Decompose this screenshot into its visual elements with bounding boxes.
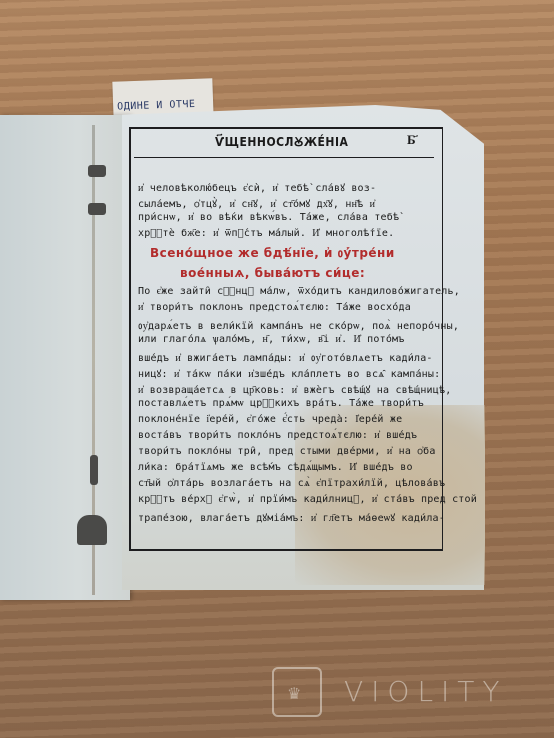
- binding-stitch: [77, 515, 107, 545]
- binding-stitch: [90, 455, 98, 485]
- text-line: или глаго́лѧ ѱало́мъ, н҃, ти́хѡ, в҃і и҆.…: [138, 334, 438, 345]
- text-line: ᲂу҆дарѧ́етъ в вели́кїй кампа́нъ не ско́р…: [138, 318, 438, 332]
- text-line: и҆ человѣколю́бецъ є҆сѝ, и҆ тебѣ̀ сла́вꙋ…: [138, 180, 438, 194]
- text-line: поклоне́нїе і҆ере́й, є҆го́же є҆́сть чред…: [138, 414, 438, 425]
- text-line: трапе́зою, влага́етъ дꙋмі́амъ: и҆ гл҃етъ…: [138, 510, 438, 524]
- rubric-heading: Всено́щное же бдѣ́нїе, и҆ ᲂу҆́тре́ни: [150, 244, 395, 261]
- text-line: По є҆же зайти̑ сⷧ҇нцꙋ ма́лѡ, ѿхо́дитъ ка…: [138, 286, 438, 297]
- left-page-flyleaf: [0, 115, 130, 600]
- text-line: при́снѡ, и҆ во вѣ́ки вѣкѡ́въ. Та́же, сла…: [138, 212, 438, 223]
- rubric-heading: вое́нныѧ, быва́ютъ си́це:: [180, 266, 365, 280]
- label-handwriting: ОДИНЕ И ОТЧЕ: [117, 99, 196, 113]
- text-line: ницꙋ: и҆ та́кѡ па́ки и҆зше́дъ кла́плетъ …: [138, 366, 438, 380]
- text-line: ст҃ый ѻ҆лта́рь возлага́етъ на сѧ̀ є҆пїтр…: [138, 478, 438, 489]
- binding-stitch: [88, 203, 106, 215]
- text-line: воста́въ твори́тъ покло́нъ предстоѧ́тєлю…: [138, 430, 438, 441]
- running-head: Ѵ҃ЩЕННОСЛꙊЖЕ́НІА: [215, 133, 348, 150]
- watermark-logo-box: ♛: [272, 667, 322, 717]
- folio-number: Б҃: [407, 132, 416, 148]
- text-line: хрⷭ҇тѐ бж҃е: и҆ ѿпꙋ́стъ ма́лый. И҆ много…: [138, 228, 438, 239]
- text-line: сыла́емъ, ѻ҆тцꙋ̀, и҆ сн҃ꙋ, и҆ ст҃о́мꙋ дх…: [138, 196, 438, 210]
- text-line: твори́тъ покло́ны три̑, пред стыми две́р…: [138, 446, 438, 457]
- text-line: и҆ твори́тъ поклонъ предстоѧ́тєлю: Та́же…: [138, 302, 438, 313]
- text-line: и҆ возвраща́етсѧ в цр҃ковь: и҆ вжѐгъ свѣ…: [138, 382, 438, 396]
- watermark-brand: VIOLITY: [344, 675, 508, 708]
- binding-stitch: [88, 165, 106, 177]
- crown-icon: ♛: [287, 684, 301, 703]
- text-line: крⷭ҇тъ ве́рхꙋ є҆гѡ̀, и҆ прїи́мъ кади́лни…: [138, 494, 438, 505]
- header-rule: [134, 157, 434, 158]
- text-line: ли́ка: бра́тїѧмъ же всѣ́мъ сѣдѧ́щымъ. И҆…: [138, 462, 438, 473]
- text-line: поставлѧ́етъ прѧ́мѡ црⷭ҇кихъ вра́тъ. Та́…: [138, 398, 438, 409]
- text-line: вше́дъ и҆ вжига́етъ лампа́ды: и҆ ᲂу҆гото…: [138, 350, 438, 364]
